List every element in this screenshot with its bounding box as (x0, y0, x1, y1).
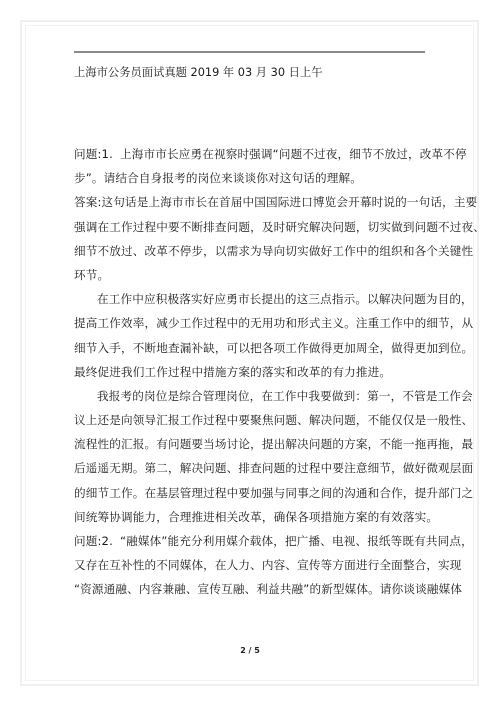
question-2-label: 问题:2. (74, 529, 120, 553)
question-2-line-2: 又存在互补性的不同媒体，在人力、内容、宣传等方面进行全面整合，实现 (74, 553, 434, 577)
paragraph-3-line-5: 的细节工作。在基层管理过程中要加强与同事之间的沟通和合作，提升部门之 (74, 481, 434, 505)
question-1-label: 问题:1. (74, 142, 120, 166)
answer-1-line-1: 答案:这句话是上海市市长在首届中国国际进口博览会开幕时说的一句话，主要 (74, 190, 434, 214)
paragraph-3-line-2: 议上还是向领导汇报工作过程中要聚焦问题、解决问题，不能仅仅是一般性、 (74, 408, 434, 432)
paragraph-2-line-4: 最终促进我们工作过程中措施方案的落实和改革的有力推进。 (74, 360, 434, 384)
paragraph-3-line-4: 后遥遥无期。第二，解决问题、排查问题的过程中要注意细节，做好微观层面 (74, 456, 434, 480)
paragraph-3-line-1: 我报考的岗位是综合管理岗位，在工作中我要做到：第一，不管是工作会 (74, 384, 434, 408)
paragraph-3-line-3: 流程性的汇报。有问题要当场讨论，提出解决问题的方案，不能一拖再拖，最 (74, 432, 434, 456)
answer-1-line-2: 强调在工作过程中要不断排查问题，及时研究解决问题，切实做到问题不过夜、 (74, 215, 434, 239)
question-2-line-1: 问题:2.“融媒体”能充分利用媒介载体，把广播、电视、报纸等既有共同点， (74, 529, 434, 553)
question-2-line-3: “资源通融、内容兼融、宣传互融、利益共融”的新型媒体。请你谈谈融媒体 (74, 577, 434, 601)
document-body: 问题:1.上海市市长应勇在视察时强调“问题不过夜，细节不放过，改革不停 步”。请… (74, 142, 434, 602)
paragraph-3-line-6: 间统筹协调能力，合理推进相关改革，确保各项措施方案的有效落实。 (74, 505, 434, 529)
header-rule (74, 51, 425, 53)
question-2-text: “融媒体”能充分利用媒介载体，把广播、电视、报纸等既有共同点， (120, 534, 473, 548)
paragraph-2-line-2: 提高工作效率，减少工作过程中的无用功和形式主义。注重工作中的细节，从 (74, 311, 434, 335)
answer-1-line-4: 环节。 (74, 263, 434, 287)
document-header-title: 上海市公务员面试真题 2019 年 03 月 30 日上午 (74, 66, 323, 80)
answer-1-line-3: 细节不放过、改革不停步，以需求为导向切实做好工作中的组织和各个关键性 (74, 239, 434, 263)
paragraph-2-line-3: 细节入手，不断地查漏补缺，可以把各项工作做得更加周全，做得更加到位。 (74, 336, 434, 360)
question-1-line-2: 步”。请结合自身报考的岗位来谈谈你对这句话的理解。 (74, 166, 434, 190)
paragraph-2-line-1: 在工作中应积极落实好应勇市长提出的这三点指示。以解决问题为目的， (74, 287, 434, 311)
question-1-line-1: 问题:1.上海市市长应勇在视察时强调“问题不过夜，细节不放过，改革不停 (74, 142, 434, 166)
page-number: 2 / 5 (0, 646, 500, 655)
question-1-text: 上海市市长应勇在视察时强调“问题不过夜，细节不放过，改革不停 (120, 147, 467, 161)
